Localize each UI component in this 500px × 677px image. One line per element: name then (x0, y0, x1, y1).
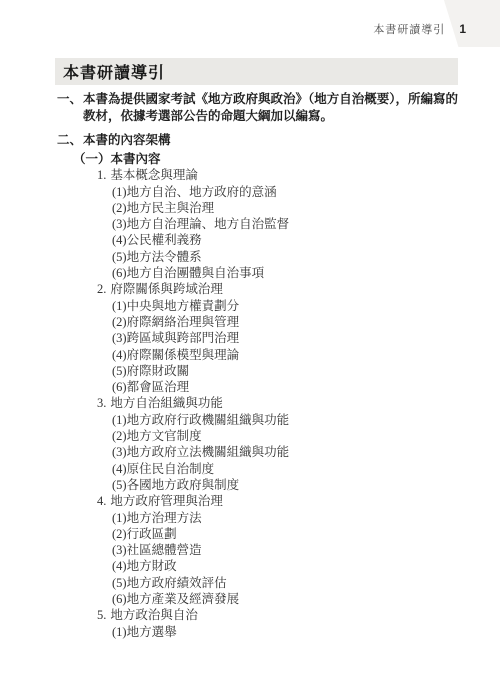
outline-item: (5)各國地方政府與制度 (112, 477, 460, 493)
section-2-number: 2. (97, 282, 106, 296)
section-5-title: 5.地方政治與自治 (97, 607, 460, 623)
outline-item: (6)地方自治團體與自治事項 (112, 265, 460, 281)
section-4-title: 4.地方政府管理與治理 (97, 493, 460, 509)
section-5-title-text: 地方政治與自治 (110, 608, 198, 622)
section-1-title-text: 基本概念與理論 (110, 168, 198, 182)
page-header: 本書研讀導引 1 (373, 21, 466, 37)
outline-item: (1)地方治理方法 (112, 510, 460, 526)
section-3-title: 3.地方自治組織與功能 (97, 395, 460, 411)
outline-sections: 1.基本概念與理論 (1)地方自治、地方政府的意涵 (2)地方民主與治理 (3)… (97, 167, 460, 640)
outline-item: (3)社區總體營造 (112, 542, 460, 558)
outline-item: (1)地方政府行政機關組織與功能 (112, 412, 460, 428)
outline-item: (3)地方政府立法機關組織與功能 (112, 444, 460, 460)
outline-item: (3)地方自治理論、地方自治監督 (112, 216, 460, 232)
outline-item: (1)中央與地方權責劃分 (112, 298, 460, 314)
intro-item-1-text: 本書為提供國家考試《地方政府與政治》（地方自治概要），所編寫的教材，依據考選部公… (83, 91, 460, 125)
outline-item: (4)地方財政 (112, 558, 460, 574)
outline-item: (5)府際財政關 (112, 363, 460, 379)
outline-item: (4)府際關係模型與理論 (112, 347, 460, 363)
outline-item: (2)行政區劃 (112, 526, 460, 542)
page-number: 1 (459, 22, 466, 36)
intro-item-2-marker: 二、 (57, 132, 83, 149)
intro-item-1-marker: 一、 (57, 91, 83, 125)
chapter-title-bar: 本書研讀導引 (55, 58, 458, 85)
outline-item: (5)地方法令體系 (112, 249, 460, 265)
outline-item: (2)地方文官制度 (112, 428, 460, 444)
section-2-title: 2.府際關係與跨域治理 (97, 281, 460, 297)
outline-group-marker: （一） (73, 151, 111, 167)
outline-item: (4)公民權利義務 (112, 232, 460, 248)
section-4-number: 4. (97, 494, 106, 508)
outline-section-5: 5.地方政治與自治 (1)地方選舉 (97, 607, 460, 640)
outline-item: (2)地方民主與治理 (112, 200, 460, 216)
outline-section-2: 2.府際關係與跨域治理 (1)中央與地方權責劃分 (2)府際網絡治理與管理 (3… (97, 281, 460, 395)
section-1-title: 1.基本概念與理論 (97, 167, 460, 183)
outline-group-text: 本書內容 (111, 151, 161, 167)
section-2-title-text: 府際關係與跨域治理 (110, 282, 223, 296)
outline-item: (1)地方自治、地方政府的意涵 (112, 184, 460, 200)
section-3-title-text: 地方自治組織與功能 (110, 396, 223, 410)
page: { "header": { "section_title": "本書研讀導引",… (0, 0, 500, 677)
outline-section-4: 4.地方政府管理與治理 (1)地方治理方法 (2)行政區劃 (3)社區總體營造 … (97, 493, 460, 607)
section-5-number: 5. (97, 608, 106, 622)
chapter-title: 本書研讀導引 (63, 60, 165, 83)
outline-item: (6)地方產業及經濟發展 (112, 591, 460, 607)
outline-group-heading: （一） 本書內容 (73, 151, 460, 167)
intro-item-2-text: 本書的內容架構 (83, 132, 460, 149)
section-1-number: 1. (97, 168, 106, 182)
outline-section-3: 3.地方自治組織與功能 (1)地方政府行政機關組織與功能 (2)地方文官制度 (… (97, 395, 460, 493)
section-4-title-text: 地方政府管理與治理 (110, 494, 223, 508)
outline-item: (6)都會區治理 (112, 379, 460, 395)
outline-item: (1)地方選舉 (112, 624, 460, 640)
outline-section-1: 1.基本概念與理論 (1)地方自治、地方政府的意涵 (2)地方民主與治理 (3)… (97, 167, 460, 281)
page-content: 一、 本書為提供國家考試《地方政府與政治》（地方自治概要），所編寫的教材，依據考… (57, 91, 460, 640)
outline-item: (5)地方政府績效評估 (112, 575, 460, 591)
running-header-title: 本書研讀導引 (373, 21, 445, 37)
outline-item: (2)府際網絡治理與管理 (112, 314, 460, 330)
section-3-number: 3. (97, 396, 106, 410)
outline-item: (4)原住民自治制度 (112, 461, 460, 477)
outline-item: (3)跨區域與跨部門治理 (112, 330, 460, 346)
intro-item-2: 二、 本書的內容架構 (57, 132, 460, 149)
intro-item-1: 一、 本書為提供國家考試《地方政府與政治》（地方自治概要），所編寫的教材，依據考… (57, 91, 460, 125)
